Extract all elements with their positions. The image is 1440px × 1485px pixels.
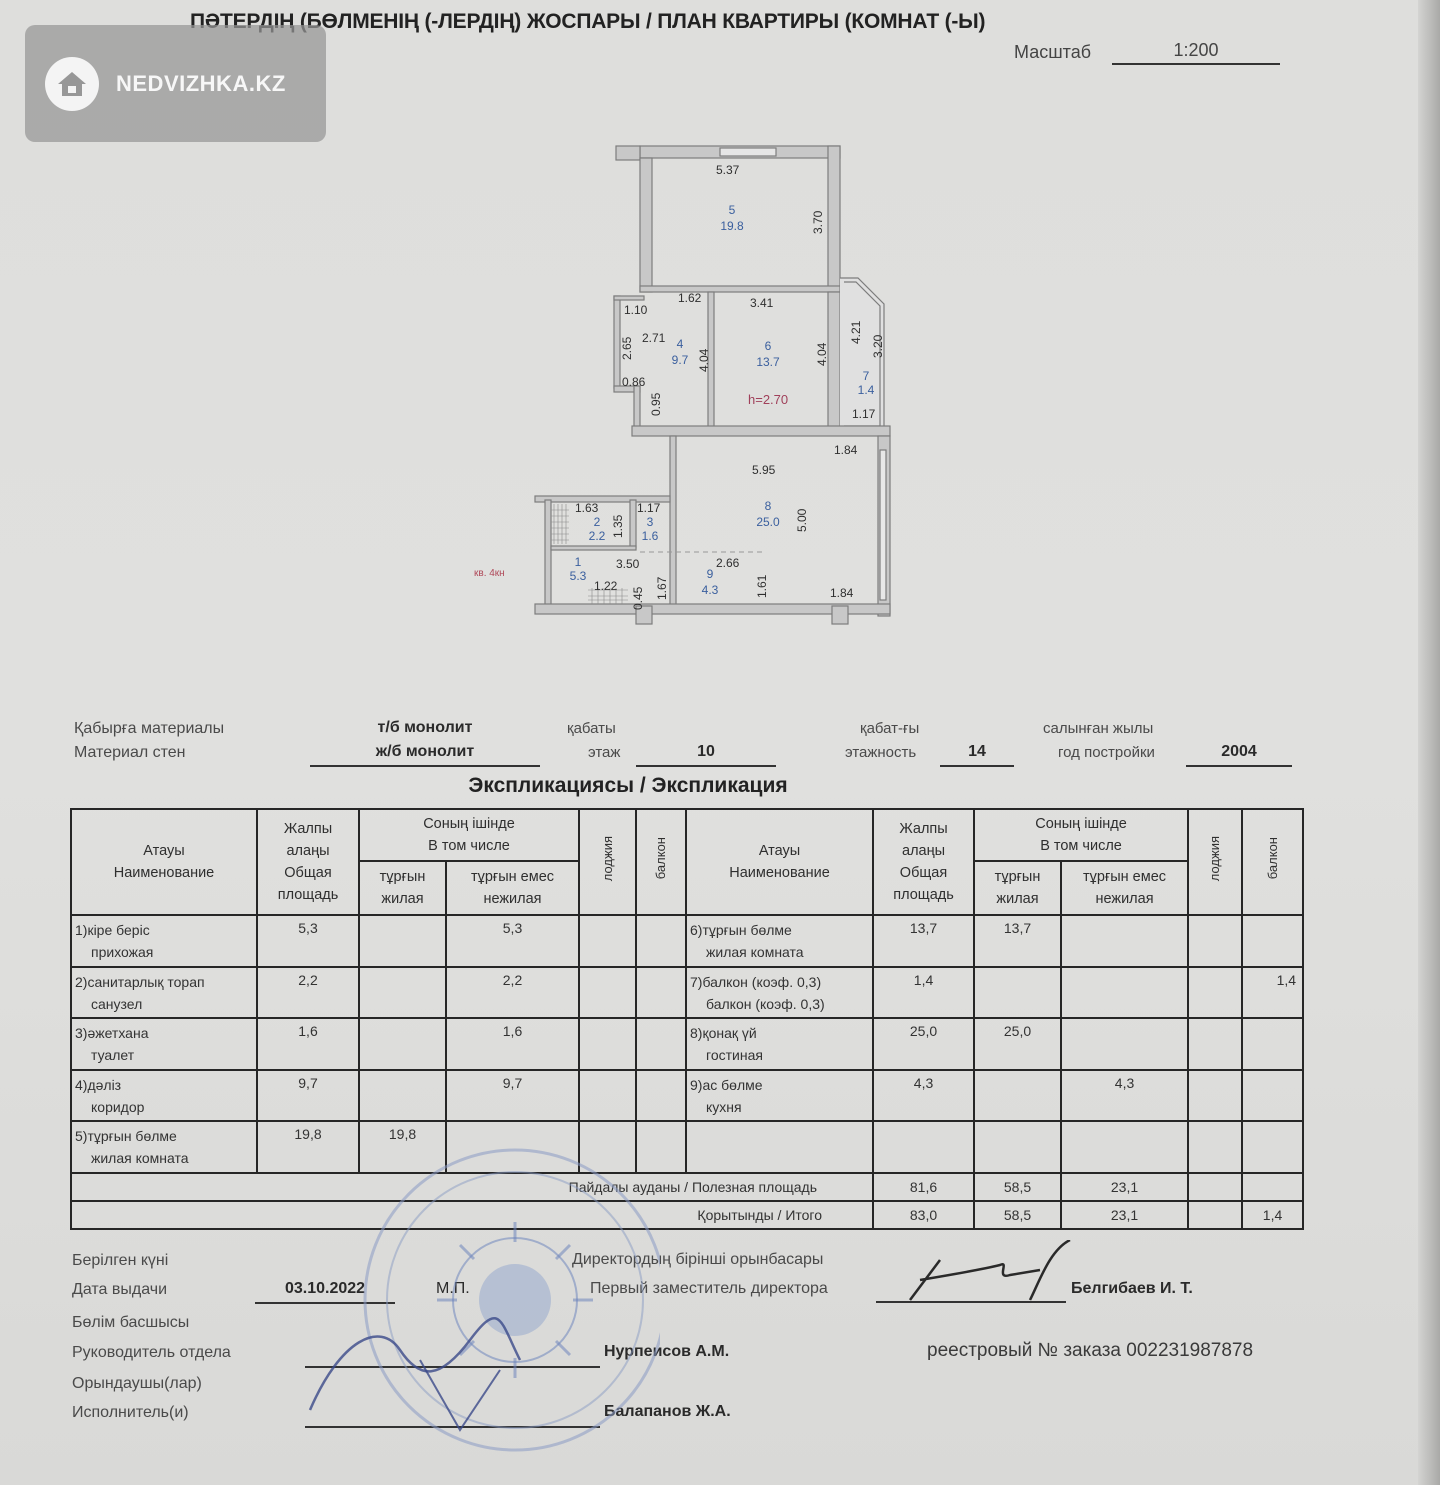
svg-text:3: 3	[647, 515, 654, 529]
cell-loggia	[579, 967, 636, 1019]
cell-non-living	[1061, 1121, 1188, 1173]
cell-total: 19,8	[257, 1121, 359, 1173]
registry-label: реестровый № заказа	[927, 1340, 1121, 1361]
cell-balcony	[636, 1070, 686, 1122]
svg-text:25.0: 25.0	[756, 515, 780, 529]
svg-text:1.61: 1.61	[755, 574, 769, 598]
room-name-kz: 5)тұрғын бөлме	[75, 1128, 177, 1144]
useful-area-living: 58,5	[974, 1173, 1061, 1201]
cell-non-living: 5,3	[446, 915, 579, 967]
wall-material-label-ru: Материал стен	[74, 744, 186, 762]
issue-date-value: 03.10.2022	[255, 1280, 395, 1298]
header-non-living: тұрғын емеснежилая	[446, 861, 579, 915]
cell-loggia	[1188, 915, 1242, 967]
scale-value: 1:200	[1112, 40, 1280, 65]
cell-living	[359, 1018, 446, 1070]
svg-text:19.8: 19.8	[720, 219, 744, 233]
room-name-ru: коридор	[75, 1096, 256, 1118]
header-living-right: тұрғынжилая	[974, 861, 1061, 915]
cell-non-living	[446, 1121, 579, 1173]
svg-text:1.62: 1.62	[678, 291, 702, 305]
svg-text:0.86: 0.86	[622, 375, 646, 389]
room-name-ru: гостиная	[690, 1044, 872, 1066]
cell-total: 1,4	[873, 967, 974, 1019]
cell-total: 25,0	[873, 1018, 974, 1070]
header-total-area: ЖалпыалаңыОбщаяплощадь	[257, 809, 359, 915]
svg-text:2.2: 2.2	[589, 529, 606, 543]
cell-non-living	[1061, 967, 1188, 1019]
header-total-area-right: ЖалпыалаңыОбщаяплощадь	[873, 809, 974, 915]
svg-text:5.00: 5.00	[795, 508, 809, 532]
cell-living	[359, 1070, 446, 1122]
header-name: АтауыНаименование	[71, 809, 257, 915]
issue-date-underline	[255, 1302, 395, 1304]
svg-text:5.3: 5.3	[570, 569, 587, 583]
cell-loggia	[1188, 1070, 1242, 1122]
table-row: 1)кіре берісприхожая5,35,36)тұрғын бөлме…	[71, 915, 1303, 967]
cell-total: 1,6	[257, 1018, 359, 1070]
head-label-ru: Руководитель отдела	[72, 1344, 231, 1362]
cell-non-living: 9,7	[446, 1070, 579, 1122]
room-name-ru: жилая комната	[690, 941, 872, 963]
room-name-cell: 4)дәлізкоридор	[71, 1070, 257, 1122]
svg-text:2.71: 2.71	[642, 331, 666, 345]
svg-text:1.10: 1.10	[624, 303, 648, 317]
cell-living: 25,0	[974, 1018, 1061, 1070]
issue-date-label-kz: Берілген күні	[72, 1252, 168, 1270]
useful-area-loggia	[1188, 1173, 1242, 1201]
svg-text:4: 4	[677, 337, 684, 351]
cell-loggia	[579, 1121, 636, 1173]
wall-material-label-kz: Қабырға материалы	[74, 720, 224, 738]
room-name-kz: 4)дәліз	[75, 1077, 121, 1093]
issue-date-label-ru: Дата выдачи	[72, 1281, 167, 1299]
cell-living: 19,8	[359, 1121, 446, 1173]
floors-total-value: 14	[940, 743, 1014, 761]
cell-loggia	[579, 915, 636, 967]
room-name-cell: 9)ас бөлмекухня	[686, 1070, 873, 1122]
floors-total-label-ru: этажность	[845, 744, 916, 761]
registry-number: реестровый № заказа 002231987878	[927, 1340, 1253, 1362]
deputy-label-kz: Директордың бірінші орынбасары	[572, 1251, 823, 1269]
room-name-ru: кухня	[690, 1096, 872, 1118]
house-icon	[45, 57, 99, 111]
floor-label-ru: этаж	[588, 744, 620, 761]
wall-material-value-ru: ж/б монолит	[310, 743, 540, 761]
room-name-cell: 7)балкон (коэф. 0,3)балкон (коэф. 0,3)	[686, 967, 873, 1019]
head-name: Нурпеисов А.М.	[604, 1343, 729, 1361]
cell-balcony	[1242, 915, 1303, 967]
cell-balcony: 1,4	[1242, 967, 1303, 1019]
year-built-label-kz: салынған жылы	[1043, 720, 1153, 737]
header-balcony: балкон	[636, 809, 686, 915]
cell-loggia	[1188, 1121, 1242, 1173]
svg-text:1.6: 1.6	[642, 529, 659, 543]
header-loggia-right: лоджия	[1188, 809, 1242, 915]
cell-balcony	[1242, 1018, 1303, 1070]
floor-plan: 5.37 3.70 1.10 1.62 3.41 2.65 2.71 4.04 …	[460, 130, 920, 640]
header-non-living-right: тұрғын емеснежилая	[1061, 861, 1188, 915]
svg-text:1.67: 1.67	[655, 576, 669, 600]
header-balcony-right: балкон	[1242, 809, 1303, 915]
svg-text:1.22: 1.22	[594, 579, 618, 593]
useful-area-row: Пайдалы ауданы / Полезная площадь 81,6 5…	[71, 1173, 1303, 1201]
head-label-kz: Бөлім басшысы	[72, 1314, 189, 1332]
svg-text:1.63: 1.63	[575, 501, 599, 515]
svg-text:4.21: 4.21	[849, 320, 863, 344]
cell-total: 5,3	[257, 915, 359, 967]
room-name-kz: 6)тұрғын бөлме	[690, 922, 792, 938]
cell-total: 9,7	[257, 1070, 359, 1122]
grand-total-label: Қорытынды / Итого	[71, 1201, 873, 1229]
cell-total	[873, 1121, 974, 1173]
grand-total-balcony: 1,4	[1242, 1201, 1303, 1229]
svg-text:1.35: 1.35	[611, 514, 625, 538]
room-name-ru: балкон (коэф. 0,3)	[690, 993, 872, 1015]
header-including-right: Соның ішіндеВ том числе	[974, 809, 1188, 861]
useful-area-label: Пайдалы ауданы / Полезная площадь	[71, 1173, 873, 1201]
room-name-kz: 1)кіре беріс	[75, 922, 150, 938]
wall-material-underline	[310, 765, 540, 767]
grand-total-total: 83,0	[873, 1201, 974, 1229]
svg-text:h=2.70: h=2.70	[748, 392, 788, 407]
room-name-ru: прихожая	[75, 941, 256, 963]
cell-non-living: 4,3	[1061, 1070, 1188, 1122]
room-name-kz: 9)ас бөлме	[690, 1077, 763, 1093]
useful-area-non-living: 23,1	[1061, 1173, 1188, 1201]
header-including: Соның ішіндеВ том числе	[359, 809, 579, 861]
grand-total-living: 58,5	[974, 1201, 1061, 1229]
room-name-kz: 3)әжетхана	[75, 1025, 148, 1041]
page-edge-shadow	[1418, 0, 1440, 1485]
useful-area-balcony	[1242, 1173, 1303, 1201]
cell-non-living: 2,2	[446, 967, 579, 1019]
grand-total-loggia	[1188, 1201, 1242, 1229]
svg-text:9.7: 9.7	[672, 353, 689, 367]
room-name-kz: 7)балкон (коэф. 0,3)	[690, 974, 821, 990]
svg-text:5: 5	[729, 203, 736, 217]
svg-text:1.4: 1.4	[858, 383, 875, 397]
cell-non-living	[1061, 915, 1188, 967]
cell-total: 4,3	[873, 1070, 974, 1122]
seal-mark: М.П.	[436, 1280, 470, 1298]
table-row: 4)дәлізкоридор9,79,79)ас бөлмекухня4,34,…	[71, 1070, 1303, 1122]
cell-living	[974, 967, 1061, 1019]
cell-living	[974, 1070, 1061, 1122]
floors-total-label-kz: қабат-ғы	[860, 720, 919, 737]
header-loggia: лоджия	[579, 809, 636, 915]
svg-text:1.84: 1.84	[830, 586, 854, 600]
deputy-signature-line	[876, 1301, 1066, 1303]
svg-text:4.3: 4.3	[702, 583, 719, 597]
svg-text:4.04: 4.04	[815, 342, 829, 366]
year-built-underline	[1186, 765, 1292, 767]
table-row: 5)тұрғын бөлмежилая комната19,819,8	[71, 1121, 1303, 1173]
svg-text:0.45: 0.45	[631, 586, 645, 610]
executor-label-kz: Орындаушы(лар)	[72, 1375, 202, 1393]
svg-text:кв. 4кн: кв. 4кн	[474, 568, 505, 579]
floor-value: 10	[636, 743, 776, 761]
room-name-cell: 6)тұрғын бөлмежилая комната	[686, 915, 873, 967]
grand-total-non-living: 23,1	[1061, 1201, 1188, 1229]
room-name-ru: жилая комната	[75, 1147, 256, 1169]
svg-text:2: 2	[594, 515, 601, 529]
year-built-label-ru: год постройки	[1058, 744, 1155, 761]
cell-balcony	[636, 915, 686, 967]
useful-area-total: 81,6	[873, 1173, 974, 1201]
cell-balcony	[636, 1018, 686, 1070]
svg-text:9: 9	[707, 567, 714, 581]
floor-label-kz: қабаты	[567, 720, 616, 737]
svg-text:5.37: 5.37	[716, 163, 740, 177]
room-name-kz: 2)санитарлық торап	[75, 974, 205, 990]
svg-text:4.04: 4.04	[697, 348, 711, 372]
room-name-ru: санузел	[75, 993, 256, 1015]
executor-name: Балапанов Ж.А.	[604, 1403, 731, 1421]
wall-material-value-kz: т/б монолит	[310, 719, 540, 737]
header-living: тұрғынжилая	[359, 861, 446, 915]
table-row: 3)әжетханатуалет1,61,68)қонақ үйгостиная…	[71, 1018, 1303, 1070]
cell-balcony	[1242, 1121, 1303, 1173]
executor-signature-line	[305, 1426, 600, 1428]
svg-text:1.17: 1.17	[637, 501, 661, 515]
svg-text:0.95: 0.95	[649, 392, 663, 416]
cell-total: 2,2	[257, 967, 359, 1019]
svg-text:8: 8	[765, 499, 772, 513]
head-signature-line	[305, 1366, 600, 1368]
deputy-label-ru: Первый заместитель директора	[590, 1280, 828, 1298]
room-name-cell: 5)тұрғын бөлмежилая комната	[71, 1121, 257, 1173]
cell-balcony	[1242, 1070, 1303, 1122]
svg-text:3.20: 3.20	[871, 334, 885, 358]
room-name-cell: 3)әжетханатуалет	[71, 1018, 257, 1070]
cell-loggia	[1188, 967, 1242, 1019]
room-name-cell	[686, 1121, 873, 1173]
registry-value: 002231987878	[1126, 1340, 1253, 1361]
svg-text:2.66: 2.66	[716, 556, 740, 570]
cell-loggia	[1188, 1018, 1242, 1070]
cell-balcony	[636, 967, 686, 1019]
room-name-cell: 1)кіре берісприхожая	[71, 915, 257, 967]
cell-loggia	[579, 1018, 636, 1070]
cell-loggia	[579, 1070, 636, 1122]
svg-text:1.84: 1.84	[834, 443, 858, 457]
deputy-name: Белгибаев И. Т.	[1071, 1280, 1193, 1298]
grand-total-row: Қорытынды / Итого 83,0 58,5 23,1 1,4	[71, 1201, 1303, 1229]
executor-label-ru: Исполнитель(и)	[72, 1404, 189, 1422]
year-built-value: 2004	[1186, 743, 1292, 761]
svg-text:5.95: 5.95	[752, 463, 776, 477]
document-title: ПӘТЕРДІҢ (БӨЛМЕНІҢ (-ЛЕРДІҢ) ЖОСПАРЫ / П…	[190, 10, 1170, 34]
room-name-cell: 8)қонақ үйгостиная	[686, 1018, 873, 1070]
cell-balcony	[636, 1121, 686, 1173]
cell-living	[359, 967, 446, 1019]
cell-living	[359, 915, 446, 967]
room-name-cell: 2)санитарлық торапсанузел	[71, 967, 257, 1019]
cell-living	[974, 1121, 1061, 1173]
svg-text:7: 7	[863, 369, 870, 383]
floors-total-underline	[940, 765, 1014, 767]
cell-non-living	[1061, 1018, 1188, 1070]
cell-total: 13,7	[873, 915, 974, 967]
site-watermark: NEDVIZHKA.KZ	[25, 25, 326, 142]
svg-text:1.17: 1.17	[852, 407, 876, 421]
svg-text:13.7: 13.7	[756, 355, 780, 369]
floor-underline	[636, 765, 776, 767]
svg-text:2.65: 2.65	[620, 336, 634, 360]
table-row: 2)санитарлық торапсанузел2,22,27)балкон …	[71, 967, 1303, 1019]
explication-title: Экспликациясы / Экспликация	[378, 774, 878, 798]
svg-text:3.70: 3.70	[811, 210, 825, 234]
cell-living: 13,7	[974, 915, 1061, 967]
cell-non-living: 1,6	[446, 1018, 579, 1070]
room-name-kz: 8)қонақ үй	[690, 1025, 757, 1041]
room-name-ru: туалет	[75, 1044, 256, 1066]
svg-text:3.50: 3.50	[616, 557, 640, 571]
svg-text:3.41: 3.41	[750, 296, 774, 310]
explication-table: АтауыНаименование ЖалпыалаңыОбщаяплощадь…	[70, 808, 1304, 1230]
scale-label: Масштаб	[1014, 42, 1091, 63]
svg-text:1: 1	[575, 555, 582, 569]
header-name-right: АтауыНаименование	[686, 809, 873, 915]
svg-text:6: 6	[765, 339, 772, 353]
watermark-text: NEDVIZHKA.KZ	[116, 71, 286, 97]
